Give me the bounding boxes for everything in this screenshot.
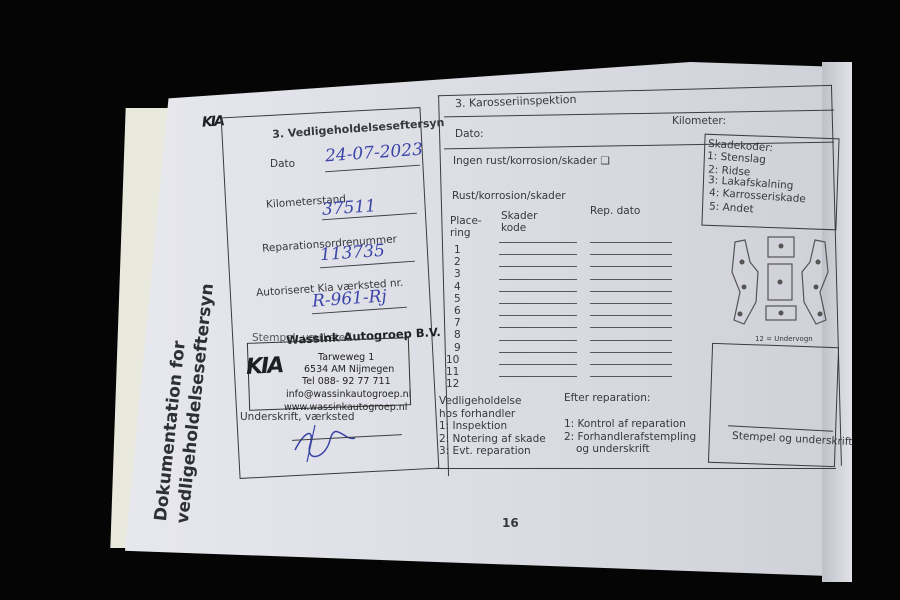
legend-left-item: Vedligeholdelse (439, 395, 521, 407)
legend-right-title: Efter reparation: (564, 392, 650, 404)
row-number: 8 (454, 329, 461, 341)
stamp-sign-box[interactable] (708, 343, 839, 467)
row-number: 1 (454, 244, 461, 256)
signature-icon (285, 420, 365, 465)
row-entry-line[interactable] (499, 266, 577, 267)
row-entry-line[interactable] (499, 315, 577, 316)
row-number: 11 (446, 366, 459, 378)
row-entry-line[interactable] (590, 279, 672, 280)
col-code-1: Skader (501, 210, 537, 222)
row-number: 4 (454, 281, 461, 293)
row-number: 12 (446, 378, 459, 390)
body-date-label: Dato: (455, 128, 484, 140)
col-code-2: kode (501, 222, 526, 234)
row-entry-line[interactable] (590, 340, 672, 341)
row-entry-line[interactable] (499, 327, 577, 328)
legend-left-item: hos forhandler (439, 408, 515, 420)
legend-right-item: 2: Forhandlerafstempling (564, 431, 696, 443)
row-entry-line[interactable] (499, 303, 577, 304)
row-entry-line[interactable] (499, 340, 577, 341)
row-number: 7 (454, 317, 461, 329)
col-repdate: Rep. dato (590, 205, 640, 217)
no-damage-checkbox[interactable]: Ingen rust/korrosion/skader ❑ (453, 155, 610, 167)
row-entry-line[interactable] (499, 242, 577, 243)
row-number: 5 (454, 293, 461, 305)
row-number: 9 (454, 342, 461, 354)
row-number: 2 (454, 256, 461, 268)
date-label: Dato (270, 158, 295, 170)
row-entry-line[interactable] (590, 327, 672, 328)
row-number: 3 (454, 268, 461, 280)
legend-left-item: 2: Notering af skade (439, 433, 546, 445)
legend-left-item: 3: Evt. reparation (439, 445, 531, 457)
stamp-email: info@wassinkautogroep.nl (286, 389, 411, 400)
legend-right-item: 1: Kontrol af reparation (564, 418, 686, 430)
row-number: 6 (454, 305, 461, 317)
col-placement-2: ring (450, 227, 471, 239)
row-entry-line[interactable] (590, 315, 672, 316)
row-entry-line[interactable] (499, 254, 577, 255)
legend-right-item: og underskrift (576, 443, 650, 455)
legend-left-item: 1: Inspektion (439, 420, 507, 432)
damage-label: Rust/korrosion/skader (452, 190, 566, 202)
row-entry-line[interactable] (590, 242, 672, 243)
row-entry-line[interactable] (590, 254, 672, 255)
row-entry-line[interactable] (590, 303, 672, 304)
body-km-label: Kilometer: (672, 115, 726, 127)
row-entry-line[interactable] (499, 352, 577, 353)
stamp-phone: Tel 088- 92 77 711 (302, 376, 391, 387)
row-entry-line[interactable] (499, 279, 577, 280)
row-entry-line[interactable] (590, 364, 672, 365)
stamp-address2: 6534 AM Nijmegen (304, 364, 394, 375)
row-entry-line[interactable] (590, 291, 672, 292)
row-entry-line[interactable] (499, 376, 577, 377)
page-number: 16 (502, 516, 519, 530)
stamp-address1: Tarweweg 1 (318, 352, 374, 363)
col-placement-1: Place- (450, 215, 482, 227)
row-number: 10 (446, 354, 459, 366)
row-entry-line[interactable] (499, 364, 577, 365)
row-entry-line[interactable] (590, 266, 672, 267)
row-entry-line[interactable] (499, 291, 577, 292)
row-entry-line[interactable] (590, 352, 672, 353)
car-body-diagram-icon (730, 232, 830, 332)
diagram-caption: 12 = Undervogn (755, 335, 813, 343)
stamp-kia-logo-icon: KIA (245, 353, 283, 380)
row-entry-line[interactable] (590, 376, 672, 377)
